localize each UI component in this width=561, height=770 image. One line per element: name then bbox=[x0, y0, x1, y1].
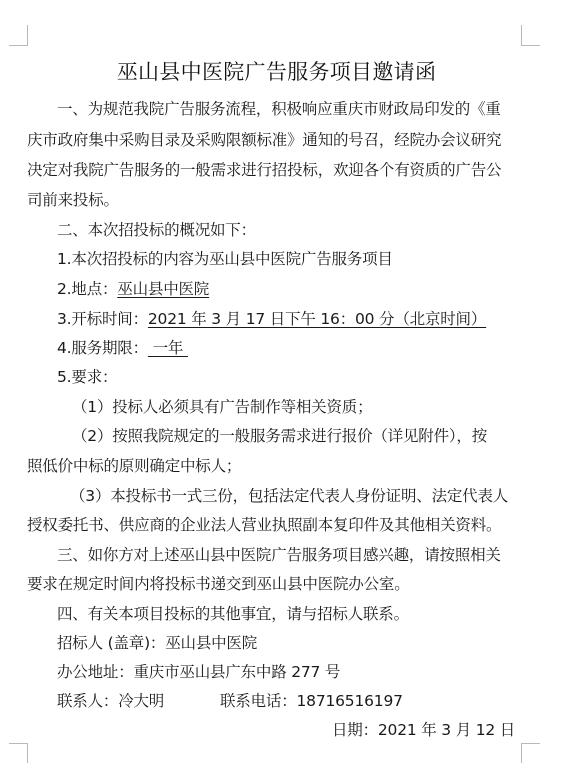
section1-line-1: 一、为规范我院广告服务流程，积极响应重庆市财政局印发的《重 bbox=[57, 99, 501, 119]
bid-open-time-label: 3.开标时间： bbox=[57, 310, 148, 328]
requirement-2-line-1: （2）按照我院规定的一般服务需求进行报价（详见附件），按 bbox=[72, 426, 487, 446]
contact-person: 联系人：冷大明 bbox=[57, 691, 164, 711]
requirement-3-line-2: 授权委托书、供应商的企业法人营业执照副本复印件及其他相关资料。 bbox=[27, 515, 501, 535]
document-page: 巫山县中医院广告服务项目邀请函 一、为规范我院广告服务流程，积极响应重庆市财政局… bbox=[0, 0, 561, 770]
location-label: 2.地点： bbox=[57, 280, 117, 298]
requirement-1: （1）投标人必须具有广告制作等相关资质； bbox=[72, 397, 372, 417]
corner-mark-bottom-left-h bbox=[9, 743, 28, 744]
section2-item-4: 4.服务期限： 一年 bbox=[57, 338, 188, 358]
service-term-value: 一年 bbox=[148, 339, 188, 357]
bid-open-time-value: 2021 年 3 月 17 日下午 16：00 分（北京时间） bbox=[148, 310, 486, 328]
section4-line: 四、有关本项目投标的其他事宜，请与招标人联系。 bbox=[57, 604, 409, 624]
section1-line-4: 司前来投标。 bbox=[27, 190, 119, 210]
section3-line-1: 三、如你方对上述巫山县中医院广告服务项目感兴趣，请按照相关 bbox=[57, 545, 501, 565]
corner-mark-top-right-v bbox=[521, 25, 522, 46]
section1-line-2: 庆市政府集中采购目录及采购限额标准》通知的号召，经院办会议研究 bbox=[27, 130, 501, 150]
corner-mark-top-left-v bbox=[27, 25, 28, 46]
section2-heading: 二、本次招投标的概况如下： bbox=[57, 220, 256, 240]
document-title: 巫山县中医院广告服务项目邀请函 bbox=[0, 56, 553, 86]
section2-item-3: 3.开标时间：2021 年 3 月 17 日下午 16：00 分（北京时间） bbox=[57, 309, 486, 329]
corner-mark-bottom-left-v bbox=[27, 743, 28, 763]
requirement-3-line-1: （3）本投标书一式三份，包括法定代表人身份证明、法定代表人 bbox=[70, 486, 508, 506]
tenderer: 招标人 (盖章)：巫山县中医院 bbox=[57, 633, 257, 653]
corner-mark-bottom-right-v bbox=[521, 743, 522, 763]
section2-item-5: 5.要求： bbox=[57, 367, 117, 387]
location-value: 巫山县中医院 bbox=[117, 280, 209, 298]
section2-item-2: 2.地点：巫山县中医院 bbox=[57, 279, 209, 299]
document-date: 日期：2021 年 3 月 12 日 bbox=[332, 720, 515, 740]
requirement-2-line-2: 照低价中标的原则确定中标人； bbox=[27, 456, 241, 476]
section1-line-3: 决定对我院广告服务的一般需求进行招投标，欢迎各个有资质的广告公 bbox=[27, 160, 501, 180]
corner-mark-top-right-h bbox=[521, 45, 540, 46]
office-address: 办公地址：重庆市巫山县广东中路 277 号 bbox=[57, 662, 340, 682]
section2-item-1: 1.本次招投标的内容为巫山县中医院广告服务项目 bbox=[57, 249, 393, 269]
service-term-label: 4.服务期限： bbox=[57, 339, 148, 357]
corner-mark-top-left-h bbox=[9, 45, 28, 46]
section3-line-2: 要求在规定时间内将投标书递交到巫山县中医院办公室。 bbox=[27, 574, 410, 594]
contact-phone: 联系电话：18716516197 bbox=[220, 691, 403, 711]
corner-mark-bottom-right-h bbox=[521, 743, 540, 744]
